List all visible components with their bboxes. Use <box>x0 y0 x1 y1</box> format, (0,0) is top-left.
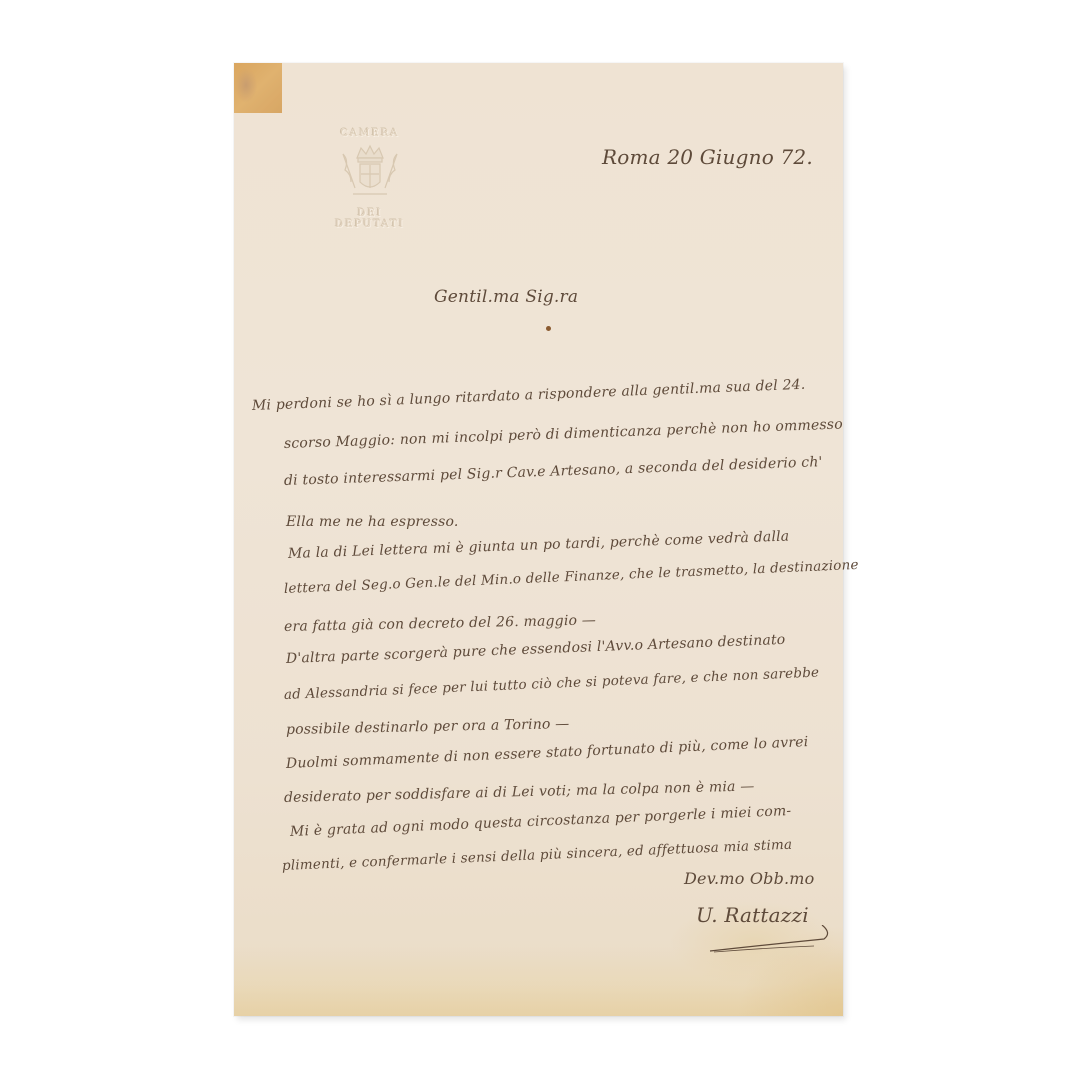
body-line: possibile destinarlo per ora a Torino — <box>286 716 570 738</box>
body-line: ad Alessandria si fece per lui tutto ciò… <box>284 665 820 703</box>
body-line: di tosto interessarmi pel Sig.r Cav.e Ar… <box>284 454 823 489</box>
corner-stain <box>234 63 282 113</box>
body-line: era fatta già con decreto del 26. maggio… <box>284 612 596 635</box>
body-line: Mi è grata ad ogni modo questa circostan… <box>290 803 792 840</box>
body-line: lettera del Seg.o Gen.le del Min.o delle… <box>284 557 859 597</box>
date-line: Roma 20 Giugno 72. <box>602 145 813 169</box>
body-line: Ma la di Lei lettera mi è giunta un po t… <box>288 528 790 561</box>
salutation: Gentil.ma Sig.ra <box>434 287 578 307</box>
embossed-letterhead: CAMERA DEI DEPUTATI <box>320 128 420 228</box>
body-line: scorso Maggio: non mi incolpi però di di… <box>284 416 843 452</box>
emboss-bottom-text: DEI DEPUTATI <box>320 208 420 230</box>
closing: Dev.mo Obb.mo <box>684 869 815 888</box>
letter-paper: CAMERA DEI DEPUTATI Roma 20 Giugno 72. G… <box>234 63 843 1016</box>
signature-flourish-icon <box>704 925 834 955</box>
signature: U. Rattazzi <box>696 903 809 927</box>
body-line: D'altra parte scorgerà pure che essendos… <box>286 632 786 667</box>
body-line: desiderato per soddisfare ai di Lei voti… <box>284 779 755 806</box>
emboss-top-text: CAMERA <box>320 128 420 139</box>
body-line: Ella me ne ha espresso. <box>286 514 459 530</box>
crown-and-shield-emblem-icon <box>335 140 405 210</box>
ink-spot <box>546 326 551 331</box>
body-line: Duolmi sommamente di non essere stato fo… <box>286 734 809 772</box>
body-line: Mi perdoni se ho sì a lungo ritardato a … <box>252 377 806 414</box>
